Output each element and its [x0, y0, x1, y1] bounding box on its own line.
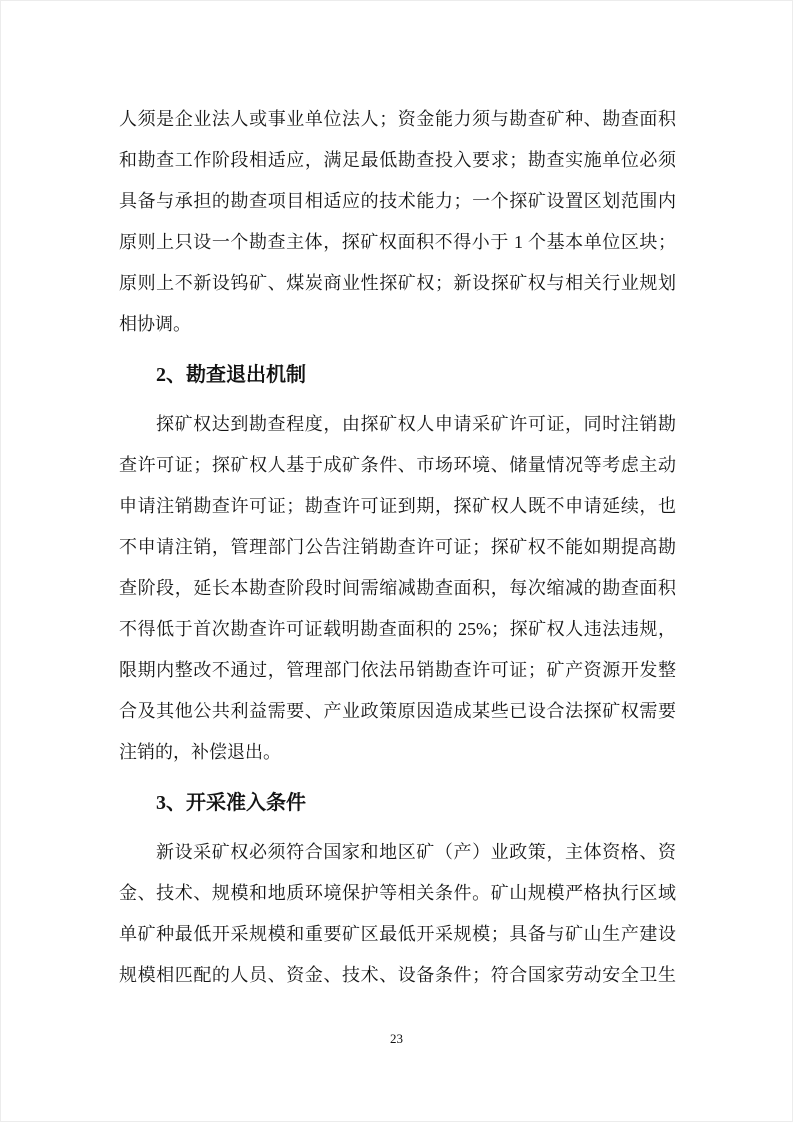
- text-line: 金、技术、规模和地质环境保护等相关条件。矿山规模严格执行区域: [119, 873, 676, 914]
- text-line: 不得低于首次勘查许可证载明勘查面积的 25%；探矿权人违法违规，: [119, 609, 676, 650]
- text-line: 合及其他公共利益需要、产业政策原因造成某些已设合法探矿权需要: [119, 691, 676, 732]
- text-line: 查阶段，延长本勘查阶段时间需缩减勘查面积，每次缩减的勘查面积: [119, 568, 676, 609]
- paragraph: 探矿权达到勘查程度，由探矿权人申请采矿许可证，同时注销勘查许可证；探矿权人基于成…: [119, 404, 676, 773]
- section-heading: 3、开采准入条件: [119, 783, 676, 824]
- text-line: 探矿权达到勘查程度，由探矿权人申请采矿许可证，同时注销勘: [119, 404, 676, 445]
- text-line: 原则上不新设钨矿、煤炭商业性探矿权；新设探矿权与相关行业规划: [119, 263, 676, 304]
- text-line: 不申请注销，管理部门公告注销勘查许可证；探矿权不能如期提高勘: [119, 527, 676, 568]
- text-line: 注销的，补偿退出。: [119, 732, 676, 773]
- text-line: 人须是企业法人或事业单位法人；资金能力须与勘查矿种、勘查面积: [119, 99, 676, 140]
- paragraph: 人须是企业法人或事业单位法人；资金能力须与勘查矿种、勘查面积和勘查工作阶段相适应…: [119, 99, 676, 345]
- section-heading: 2、勘查退出机制: [119, 355, 676, 396]
- page-number: 23: [390, 1031, 403, 1046]
- page-footer: 23: [1, 1031, 792, 1047]
- text-line: 和勘查工作阶段相适应，满足最低勘查投入要求；勘查实施单位必须: [119, 140, 676, 181]
- text-line: 具备与承担的勘查项目相适应的技术能力；一个探矿设置区划范围内: [119, 181, 676, 222]
- text-line: 原则上只设一个勘查主体，探矿权面积不得小于 1 个基本单位区块；: [119, 222, 676, 263]
- text-line: 规模相匹配的人员、资金、技术、设备条件；符合国家劳动安全卫生: [119, 955, 676, 996]
- text-line: 限期内整改不通过，管理部门依法吊销勘查许可证；矿产资源开发整: [119, 650, 676, 691]
- text-line: 相协调。: [119, 304, 676, 345]
- text-line: 单矿种最低开采规模和重要矿区最低开采规模；具备与矿山生产建设: [119, 914, 676, 955]
- document-body: 人须是企业法人或事业单位法人；资金能力须与勘查矿种、勘查面积和勘查工作阶段相适应…: [119, 99, 676, 996]
- text-line: 新设采矿权必须符合国家和地区矿（产）业政策，主体资格、资: [119, 832, 676, 873]
- paragraph: 新设采矿权必须符合国家和地区矿（产）业政策，主体资格、资金、技术、规模和地质环境…: [119, 832, 676, 996]
- document-page: 人须是企业法人或事业单位法人；资金能力须与勘查矿种、勘查面积和勘查工作阶段相适应…: [0, 0, 793, 1122]
- text-line: 查许可证；探矿权人基于成矿条件、市场环境、储量情况等考虑主动: [119, 445, 676, 486]
- text-line: 申请注销勘查许可证；勘查许可证到期，探矿权人既不申请延续，也: [119, 486, 676, 527]
